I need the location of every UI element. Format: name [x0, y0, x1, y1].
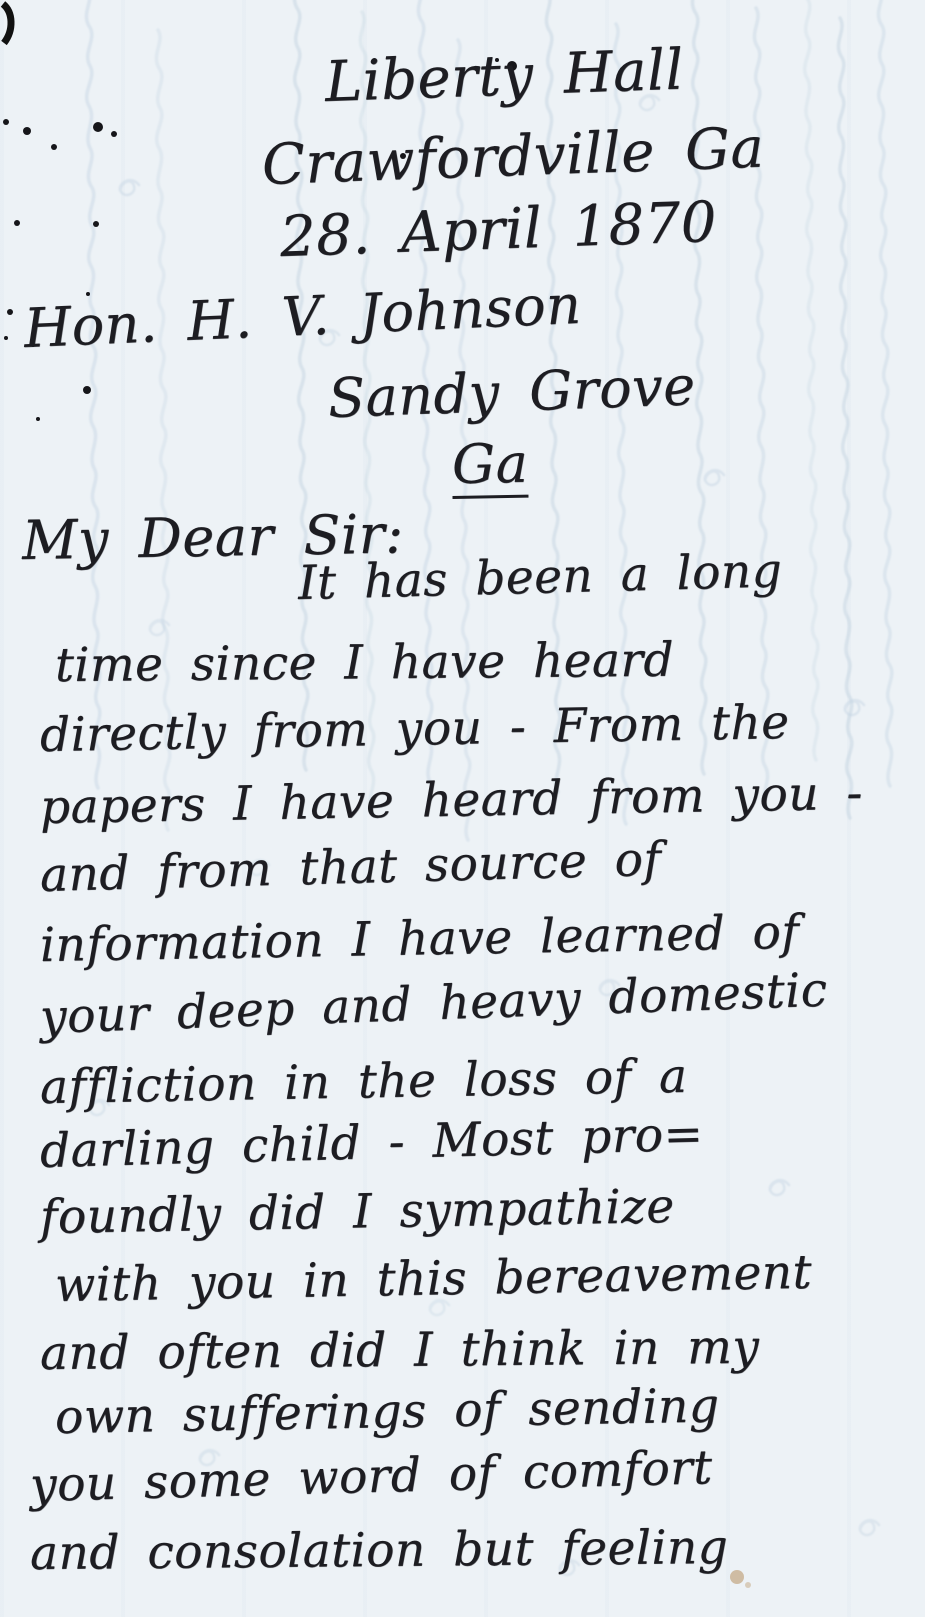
letter-body-line: affliction in the loss of a	[40, 1053, 688, 1111]
letter-body-line: It has been a long	[297, 547, 782, 607]
letter-body-line: foundly did I sympathize	[40, 1183, 675, 1241]
letter-recipient-name: Hon. H. V. Johnson	[23, 278, 583, 356]
letter-body-line: own sufferings of sending	[55, 1382, 720, 1441]
letter-body-line: with you in this bereavement	[55, 1249, 813, 1309]
letter-recipient-place: Sandy Grove	[327, 359, 696, 426]
letter-heading-place: Liberty Hall	[324, 42, 685, 110]
letter-recipient-state: Ga	[451, 437, 528, 499]
letter-body-line: directly from you - From the	[40, 699, 790, 759]
scanned-letter-page: { "colors": { "paper": "#edf2f6", "ink":…	[0, 0, 925, 1617]
letter-body-line: papers I have heard from you -	[40, 770, 864, 831]
letter-body-line: time since I have heard	[55, 637, 674, 689]
paper-stain	[730, 1570, 751, 1588]
letter-heading-date: 28. April 1870	[279, 195, 718, 266]
letter-body-line: information I have learned of	[40, 909, 800, 969]
letter-body-line: you some word of comfort	[29, 1444, 713, 1509]
letter-body-line: and consolation but feeling	[30, 1524, 729, 1577]
corner-scan-mark	[3, 4, 11, 43]
letter-body-line: your deep and heavy domestic	[39, 967, 828, 1041]
letter-body-line: and from that source of	[39, 836, 661, 899]
letter-body-line: and often did I think in my	[40, 1324, 760, 1377]
letter-heading-town: Crawfordville Ga	[261, 120, 765, 194]
letter-body-line: darling child - Most pro=	[39, 1111, 704, 1175]
